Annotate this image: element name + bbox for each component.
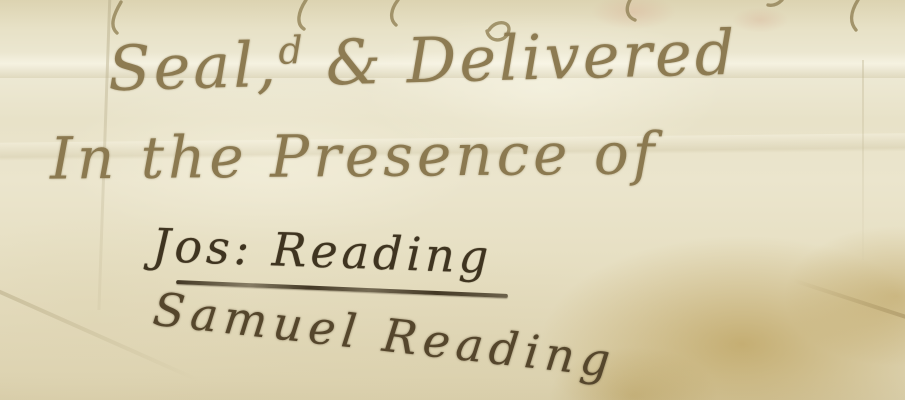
word-and-delivered: & Delivered — [325, 16, 738, 100]
attestation-line-sealed-delivered: Seal,d & Delivered — [107, 16, 738, 105]
parchment-document-photo: Seal,d & Delivered In the Presence of Jo… — [0, 0, 905, 400]
diagonal-crease-bottom-right — [793, 278, 905, 325]
signature-jos-reading: Jos: Reading — [151, 218, 493, 284]
word-seald: Seal, — [107, 28, 280, 105]
signature-samuel-reading: Samuel Reading — [150, 282, 618, 388]
superscript-d: d — [278, 28, 303, 73]
attestation-line-presence: In the Presence of — [50, 119, 659, 192]
vertical-crease-right — [862, 60, 864, 260]
